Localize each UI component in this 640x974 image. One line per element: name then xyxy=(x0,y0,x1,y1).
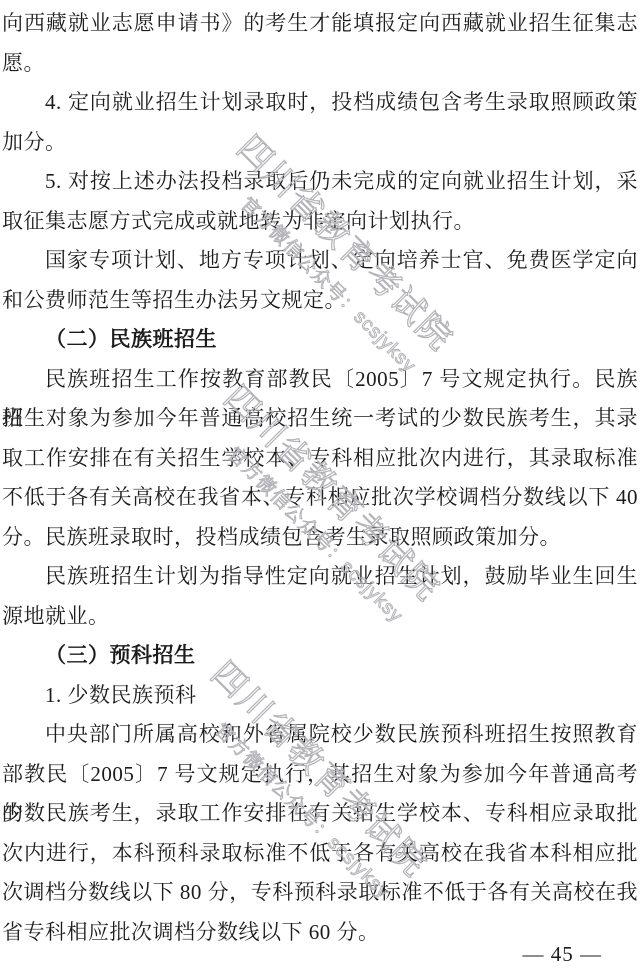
text-line: 加分。 xyxy=(2,123,638,163)
text-line: 和公费师范生等招生办法另文规定。 xyxy=(2,281,638,321)
text-line: 少数民族考生，录取工作安排在有关招生学校本、专科相应录取批 xyxy=(2,794,638,834)
text-line: 次调档分数线以下 80 分，专科预科录取标准不低于各有关高校在我 xyxy=(2,873,638,913)
text-line: 招生对象为参加今年普通高校招生统一考试的少数民族考生，其录 xyxy=(2,399,638,439)
text-line: 源地就业。 xyxy=(2,597,638,637)
text-line: 不低于各有关高校在我省本、专科相应批次学校调档分数线以下 40 xyxy=(2,478,638,518)
text-line: 国家专项计划、地方专项计划、定向培养士官、免费医学定向 xyxy=(2,241,638,281)
section-heading: （三）预科招生 xyxy=(2,636,638,676)
text-line: 民族班招生计划为指导性定向就业招生计划，鼓励毕业生回生 xyxy=(2,557,638,597)
text-line: 民族班招生工作按教育部教民〔2005〕7 号文规定执行。民族班 xyxy=(2,360,638,400)
text-line: 取征集志愿方式完成或就地转为非定向计划执行。 xyxy=(2,202,638,242)
text-line: 取工作安排在有关招生学校本、专科相应批次内进行，其录取标准 xyxy=(2,439,638,479)
section-heading: （二）民族班招生 xyxy=(2,320,638,360)
document-body: 向西藏就业志愿申请书》的考生才能填报定向西藏就业招生征集志 愿。 4. 定向就业… xyxy=(2,4,638,952)
document-page: 向西藏就业志愿申请书》的考生才能填报定向西藏就业招生征集志 愿。 4. 定向就业… xyxy=(0,0,640,974)
text-line: 5. 对按上述办法投档录取后仍未完成的定向就业招生计划，采 xyxy=(2,162,638,202)
text-line: 4. 定向就业招生计划录取时，投档成绩包含考生录取照顾政策 xyxy=(2,83,638,123)
text-line: 次内进行，本科预科录取标准不低于各有关高校在我省本科相应批 xyxy=(2,834,638,874)
text-line: 中央部门所属高校和外省属院校少数民族预科班招生按照教育 xyxy=(2,715,638,755)
text-line: 愿。 xyxy=(2,44,638,84)
text-line: 部教民〔2005〕7 号文规定执行，其招生对象为参加今年普通高考的 xyxy=(2,755,638,795)
text-line: 分。民族班录取时，投档成绩包含考生录取照顾政策加分。 xyxy=(2,518,638,558)
sub-item-title: 1. 少数民族预科 xyxy=(2,676,638,716)
page-number: — 45 — xyxy=(523,942,603,967)
text-line: 向西藏就业志愿申请书》的考生才能填报定向西藏就业招生征集志 xyxy=(2,4,638,44)
